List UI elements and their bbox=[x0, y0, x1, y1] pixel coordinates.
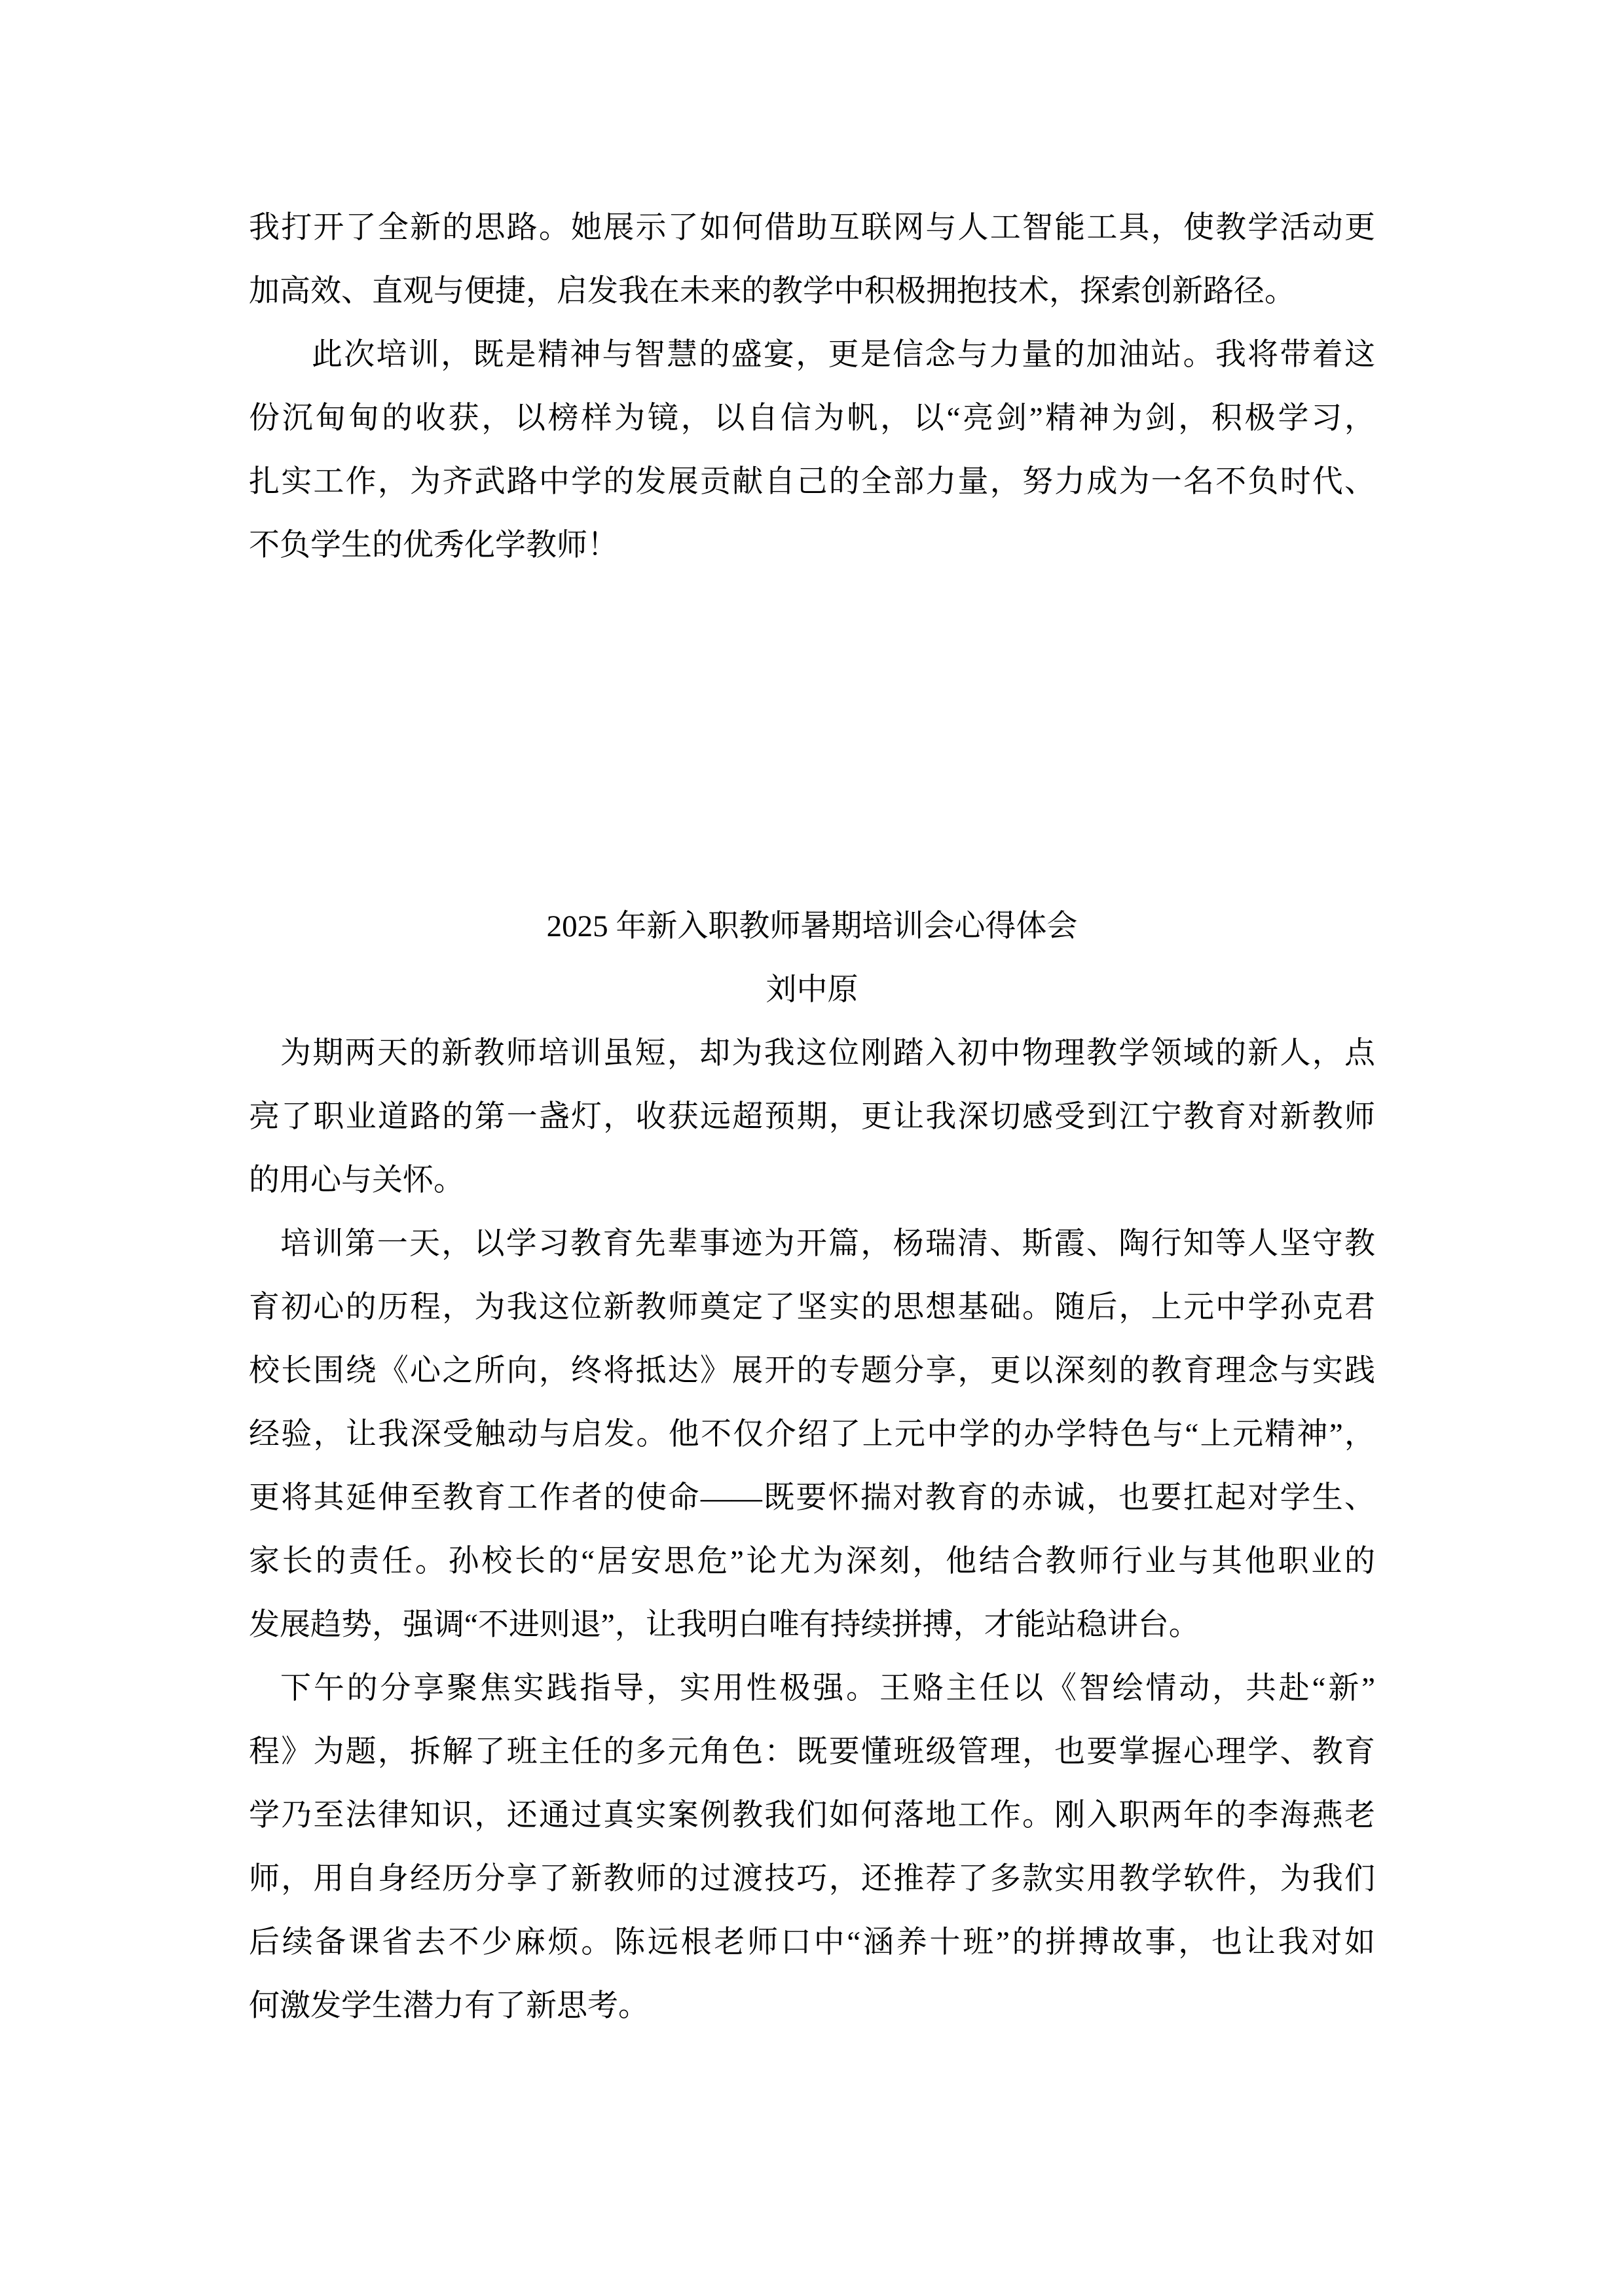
essay2-paragraph-2-line: 培训第一天，以学习教育先辈事迹为开篇，杨瑞清、斯霞、陶行知等人坚守教 bbox=[249, 1212, 1375, 1276]
essay1-closing-paragraph-line: 份沉甸甸的收获，以榜样为镜，以自信为帆，以“亮剑”精神为剑，积极学习， bbox=[249, 387, 1375, 450]
essay2-paragraph-1-line: 亮了职业道路的第一盏灯，收获远超预期，更让我深切感受到江宁教育对新教师 bbox=[249, 1085, 1375, 1149]
blank-line bbox=[249, 641, 1375, 704]
essay2-paragraph-2-line: 发展趋势，强调“不进则退”，让我明白唯有持续拼搏，才能站稳讲台。 bbox=[249, 1594, 1375, 1657]
essay2-paragraph-3-line: 师，用自身经历分享了新教师的过渡技巧，还推荐了多款实用教学软件，为我们 bbox=[249, 1848, 1375, 1911]
essay2-paragraph-1-line: 为期两天的新教师培训虽短，却为我这位刚踏入初中物理教学领域的新人，点 bbox=[249, 1022, 1375, 1085]
page-top-paragraph-continuation-line: 我打开了全新的思路。她展示了如何借助互联网与人工智能工具，使教学活动更 bbox=[249, 196, 1375, 260]
essay2-paragraph-2-line: 经验，让我深受触动与启发。他不仅介绍了上元中学的办学特色与“上元精神”， bbox=[249, 1403, 1375, 1467]
document-page: 我打开了全新的思路。她展示了如何借助互联网与人工智能工具，使教学活动更加高效、直… bbox=[0, 0, 1624, 2296]
blank-line bbox=[249, 768, 1375, 831]
blank-line bbox=[249, 704, 1375, 768]
essay2-paragraph-1-line: 的用心与关怀。 bbox=[249, 1149, 1375, 1212]
essay2-paragraph-2-line: 育初心的历程，为我这位新教师奠定了坚实的思想基础。随后，上元中学孙克君 bbox=[249, 1276, 1375, 1339]
essay2-paragraph-3-line: 后续备课省去不少麻烦。陈远根老师口中“涵养十班”的拼搏故事，也让我对如 bbox=[249, 1911, 1375, 1975]
blank-line bbox=[249, 831, 1375, 895]
essay1-closing-paragraph-line: 扎实工作，为齐武路中学的发展贡献自己的全部力量，努力成为一名不负时代、 bbox=[249, 450, 1375, 514]
essay2-author: 刘中原 bbox=[249, 958, 1375, 1022]
essay2-paragraph-2-line: 家长的责任。孙校长的“居安思危”论尤为深刻，他结合教师行业与其他职业的 bbox=[249, 1530, 1375, 1594]
text-column: 我打开了全新的思路。她展示了如何借助互联网与人工智能工具，使教学活动更加高效、直… bbox=[249, 196, 1375, 2038]
essay2-paragraph-3-line: 下午的分享聚焦实践指导，实用性极强。王赂主任以《智绘情动，共赴“新” bbox=[249, 1657, 1375, 1721]
page-top-paragraph-continuation-line: 加高效、直观与便捷，启发我在未来的教学中积极拥抱技术，探索创新路径。 bbox=[249, 260, 1375, 323]
essay2-paragraph-3-line: 学乃至法律知识，还通过真实案例教我们如何落地工作。刚入职两年的李海燕老 bbox=[249, 1784, 1375, 1848]
essay2-paragraph-3-line: 何激发学生潜力有了新思考。 bbox=[249, 1975, 1375, 2038]
blank-line bbox=[249, 577, 1375, 641]
essay2-paragraph-3-line: 程》为题，拆解了班主任的多元角色：既要懂班级管理，也要掌握心理学、教育 bbox=[249, 1721, 1375, 1784]
essay1-closing-paragraph-line: 此次培训，既是精神与智慧的盛宴，更是信念与力量的加油站。我将带着这 bbox=[249, 323, 1375, 387]
essay2-title: 2025 年新入职教师暑期培训会心得体会 bbox=[249, 895, 1375, 958]
essay2-paragraph-2-line: 更将其延伸至教育工作者的使命——既要怀揣对教育的赤诚，也要扛起对学生、 bbox=[249, 1467, 1375, 1530]
essay2-paragraph-2-line: 校长围绕《心之所向，终将抵达》展开的专题分享，更以深刻的教育理念与实践 bbox=[249, 1339, 1375, 1403]
essay1-closing-paragraph-line: 不负学生的优秀化学教师！ bbox=[249, 514, 1375, 577]
